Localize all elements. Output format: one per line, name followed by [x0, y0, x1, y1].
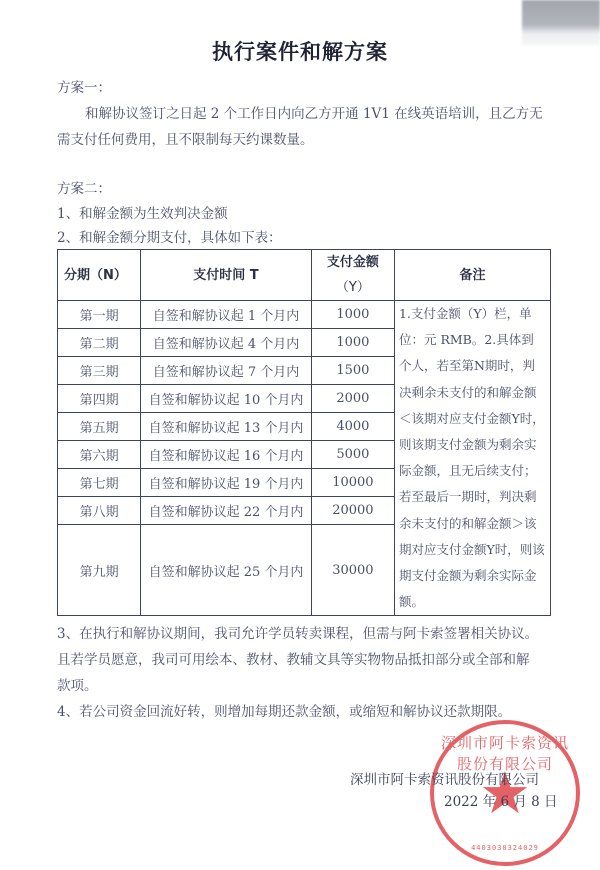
time-cell: 自签和解协议起 4 个月内 — [141, 329, 312, 357]
header-note: 备注 — [394, 250, 550, 301]
header-amount-line2: （Y） — [312, 275, 394, 300]
time-cell: 自签和解协议起 22 个月内 — [141, 497, 312, 525]
header-time: 支付时间 T — [141, 250, 312, 301]
plan1-line1: 和解协议签订之日起 2 个工作日内向乙方开通 1V1 在线英语培训，且乙方无 — [85, 101, 543, 127]
header-amount: 支付金额 （Y） — [311, 250, 394, 301]
note-cell: 1.支付金额（Y）栏，单位：元 RMB。2.具体到个人，若至第N期时，判决剩余未… — [394, 301, 550, 616]
period-cell: 第六期 — [58, 441, 141, 469]
plan1-heading: 方案一： — [57, 75, 111, 101]
period-cell: 第四期 — [58, 385, 141, 413]
time-cell: 自签和解协议起 16 个月内 — [141, 441, 312, 469]
plan1-line2: 需支付任何费用，且不限制每天约课数量。 — [57, 127, 314, 153]
plan2-item3-line3: 款项。 — [57, 673, 98, 699]
header-period: 分期（N） — [58, 250, 141, 301]
time-cell: 自签和解协议起 7 个月内 — [141, 357, 312, 385]
plan2-item4: 4、若公司资金回流好转，则增加每期还款金额，或缩短和解协议还款期限。 — [57, 699, 511, 725]
amount-cell: 20000 — [311, 497, 394, 525]
seal-number: 4403030324029 — [434, 844, 576, 852]
time-cell: 自签和解协议起 13 个月内 — [141, 413, 312, 441]
time-cell: 自签和解协议起 10 个月内 — [141, 385, 312, 413]
plan2-item3-line2: 且若学员愿意，我司可用绘本、教材、教辅文具等实物物品抵扣部分或全部和解 — [57, 647, 530, 673]
time-cell: 自签和解协议起 1 个月内 — [141, 301, 312, 329]
period-cell: 第二期 — [58, 329, 141, 357]
amount-cell: 4000 — [311, 413, 394, 441]
table-row: 第一期 自签和解协议起 1 个月内 1000 1.支付金额（Y）栏，单位：元 R… — [58, 301, 551, 329]
period-cell: 第八期 — [58, 497, 141, 525]
signature-date: 2022 年 6 月 8 日 — [444, 790, 558, 810]
document-title: 执行案件和解方案 — [0, 36, 600, 66]
plan2-item1: 1、和解金额为生效判决金额 — [57, 201, 228, 227]
amount-cell: 5000 — [311, 441, 394, 469]
signature-company: 深圳市阿卡索资讯股份有限公司 — [350, 768, 539, 788]
time-cell: 自签和解协议起 25 个月内 — [141, 525, 312, 616]
plan2-item3-line1: 3、在执行和解协议期间，我司允许学员转卖课程，但需与阿卡索签署相关协议。 — [57, 621, 538, 647]
period-cell: 第七期 — [58, 469, 141, 497]
period-cell: 第三期 — [58, 357, 141, 385]
payment-schedule-table: 分期（N） 支付时间 T 支付金额 （Y） 备注 第一期 自签和解协议起 1 个… — [57, 249, 551, 616]
amount-cell: 10000 — [311, 469, 394, 497]
amount-cell: 30000 — [311, 525, 394, 616]
period-cell: 第九期 — [58, 525, 141, 616]
amount-cell: 1000 — [311, 329, 394, 357]
amount-cell: 1000 — [311, 301, 394, 329]
amount-cell: 1500 — [311, 357, 394, 385]
header-amount-line1: 支付金额 — [312, 250, 394, 275]
table-header-row: 分期（N） 支付时间 T 支付金额 （Y） 备注 — [58, 250, 551, 301]
period-cell: 第五期 — [58, 413, 141, 441]
time-cell: 自签和解协议起 19 个月内 — [141, 469, 312, 497]
amount-cell: 2000 — [311, 385, 394, 413]
plan2-item2: 2、和解金额分期支付，具体如下表： — [57, 225, 282, 251]
plan2-heading: 方案二： — [57, 176, 111, 202]
period-cell: 第一期 — [58, 301, 141, 329]
